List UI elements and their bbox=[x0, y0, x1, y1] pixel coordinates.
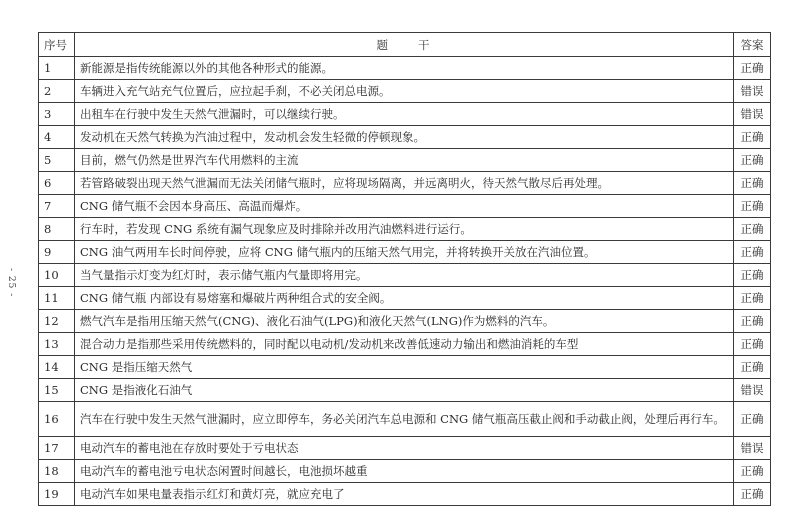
true-false-question-table: 序号 题干 答案 1新能源是指传统能源以外的其他各种形式的能源。正确 2车辆进入… bbox=[38, 32, 771, 506]
header-number: 序号 bbox=[39, 33, 75, 57]
table-row: 5目前，燃气仍然是世界汽车代用燃料的主流正确 bbox=[39, 149, 771, 172]
row-stem: 若管路破裂出现天然气泄漏而无法关闭储气瓶时，应将现场隔离，并远离明火，待天然气散… bbox=[75, 172, 734, 195]
row-answer: 正确 bbox=[734, 195, 771, 218]
header-stem-part2: 干 bbox=[418, 38, 432, 52]
header-answer: 答案 bbox=[734, 33, 771, 57]
row-stem: CNG 储气瓶 内部设有易熔塞和爆破片两种组合式的安全阀。 bbox=[75, 287, 734, 310]
row-number: 4 bbox=[39, 126, 75, 149]
table-row: 7CNG 储气瓶不会因本身高压、高温而爆炸。正确 bbox=[39, 195, 771, 218]
row-answer: 错误 bbox=[734, 437, 771, 460]
header-stem-part1: 题 bbox=[377, 38, 391, 52]
row-stem: CNG 是指液化石油气 bbox=[75, 379, 734, 402]
row-answer: 正确 bbox=[734, 333, 771, 356]
table-row: 19电动汽车如果电量表指示红灯和黄灯亮，就应充电了正确 bbox=[39, 483, 771, 506]
row-number: 3 bbox=[39, 103, 75, 126]
row-number: 13 bbox=[39, 333, 75, 356]
table-row: 4发动机在天然气转换为汽油过程中，发动机会发生轻微的停顿现象。正确 bbox=[39, 126, 771, 149]
table-row: 15CNG 是指液化石油气错误 bbox=[39, 379, 771, 402]
row-stem: 当气量指示灯变为红灯时，表示储气瓶内气量即将用完。 bbox=[75, 264, 734, 287]
row-stem: 电动汽车的蓄电池亏电状态闲置时间越长，电池损坏越重 bbox=[75, 460, 734, 483]
row-number: 5 bbox=[39, 149, 75, 172]
table-row: 14CNG 是指压缩天然气正确 bbox=[39, 356, 771, 379]
row-number: 6 bbox=[39, 172, 75, 195]
row-answer: 正确 bbox=[734, 402, 771, 437]
row-answer: 错误 bbox=[734, 80, 771, 103]
row-number: 9 bbox=[39, 241, 75, 264]
row-answer: 正确 bbox=[734, 287, 771, 310]
row-answer: 正确 bbox=[734, 356, 771, 379]
row-answer: 正确 bbox=[734, 264, 771, 287]
table-row: 13混合动力是指那些采用传统燃料的，同时配以电动机/发动机来改善低速动力输出和燃… bbox=[39, 333, 771, 356]
table-row: 2车辆进入充气站充气位置后，应拉起手刹，不必关闭总电源。错误 bbox=[39, 80, 771, 103]
row-answer: 错误 bbox=[734, 379, 771, 402]
table-row: 18电动汽车的蓄电池亏电状态闲置时间越长，电池损坏越重正确 bbox=[39, 460, 771, 483]
row-stem: 汽车在行驶中发生天然气泄漏时，应立即停车，务必关闭汽车总电源和 CNG 储气瓶高… bbox=[75, 402, 734, 437]
table-row: 8行车时，若发现 CNG 系统有漏气现象应及时排除并改用汽油燃料进行运行。正确 bbox=[39, 218, 771, 241]
row-number: 19 bbox=[39, 483, 75, 506]
row-stem: 电动汽车如果电量表指示红灯和黄灯亮，就应充电了 bbox=[75, 483, 734, 506]
row-answer: 正确 bbox=[734, 126, 771, 149]
row-answer: 正确 bbox=[734, 172, 771, 195]
row-number: 14 bbox=[39, 356, 75, 379]
row-stem: 行车时，若发现 CNG 系统有漏气现象应及时排除并改用汽油燃料进行运行。 bbox=[75, 218, 734, 241]
table-row: 1新能源是指传统能源以外的其他各种形式的能源。正确 bbox=[39, 57, 771, 80]
row-number: 18 bbox=[39, 460, 75, 483]
row-number: 16 bbox=[39, 402, 75, 437]
table-row: 10当气量指示灯变为红灯时，表示储气瓶内气量即将用完。正确 bbox=[39, 264, 771, 287]
row-answer: 错误 bbox=[734, 103, 771, 126]
row-number: 17 bbox=[39, 437, 75, 460]
row-answer: 正确 bbox=[734, 460, 771, 483]
row-stem: 目前，燃气仍然是世界汽车代用燃料的主流 bbox=[75, 149, 734, 172]
row-stem: 发动机在天然气转换为汽油过程中，发动机会发生轻微的停顿现象。 bbox=[75, 126, 734, 149]
row-stem: CNG 是指压缩天然气 bbox=[75, 356, 734, 379]
table-row: 6若管路破裂出现天然气泄漏而无法关闭储气瓶时，应将现场隔离，并远离明火，待天然气… bbox=[39, 172, 771, 195]
table-row: 11CNG 储气瓶 内部设有易熔塞和爆破片两种组合式的安全阀。正确 bbox=[39, 287, 771, 310]
row-stem: 混合动力是指那些采用传统燃料的，同时配以电动机/发动机来改善低速动力输出和燃油消… bbox=[75, 333, 734, 356]
row-stem: 车辆进入充气站充气位置后，应拉起手刹，不必关闭总电源。 bbox=[75, 80, 734, 103]
row-stem: 出租车在行驶中发生天然气泄漏时，可以继续行驶。 bbox=[75, 103, 734, 126]
row-answer: 正确 bbox=[734, 310, 771, 333]
row-stem: 燃气汽车是指用压缩天然气(CNG)、液化石油气(LPG)和液化天然气(LNG)作… bbox=[75, 310, 734, 333]
row-answer: 正确 bbox=[734, 483, 771, 506]
table-row: 9CNG 油气两用车长时间停驶，应将 CNG 储气瓶内的压缩天然气用完，并将转换… bbox=[39, 241, 771, 264]
row-number: 1 bbox=[39, 57, 75, 80]
row-number: 10 bbox=[39, 264, 75, 287]
table-row: 17电动汽车的蓄电池在存放时要处于亏电状态错误 bbox=[39, 437, 771, 460]
row-number: 15 bbox=[39, 379, 75, 402]
row-answer: 正确 bbox=[734, 57, 771, 80]
row-answer: 正确 bbox=[734, 241, 771, 264]
row-number: 2 bbox=[39, 80, 75, 103]
row-stem: 新能源是指传统能源以外的其他各种形式的能源。 bbox=[75, 57, 734, 80]
table-header-row: 序号 题干 答案 bbox=[39, 33, 771, 57]
row-answer: 正确 bbox=[734, 149, 771, 172]
page-number: - 25 - bbox=[0, 268, 16, 298]
row-stem: CNG 储气瓶不会因本身高压、高温而爆炸。 bbox=[75, 195, 734, 218]
table-row: 16汽车在行驶中发生天然气泄漏时，应立即停车，务必关闭汽车总电源和 CNG 储气… bbox=[39, 402, 771, 437]
row-number: 8 bbox=[39, 218, 75, 241]
row-number: 12 bbox=[39, 310, 75, 333]
row-number: 7 bbox=[39, 195, 75, 218]
row-stem: 电动汽车的蓄电池在存放时要处于亏电状态 bbox=[75, 437, 734, 460]
row-answer: 正确 bbox=[734, 218, 771, 241]
row-stem: CNG 油气两用车长时间停驶，应将 CNG 储气瓶内的压缩天然气用完，并将转换开… bbox=[75, 241, 734, 264]
header-stem: 题干 bbox=[75, 33, 734, 57]
row-number: 11 bbox=[39, 287, 75, 310]
table-row: 3出租车在行驶中发生天然气泄漏时，可以继续行驶。错误 bbox=[39, 103, 771, 126]
table-row: 12燃气汽车是指用压缩天然气(CNG)、液化石油气(LPG)和液化天然气(LNG… bbox=[39, 310, 771, 333]
